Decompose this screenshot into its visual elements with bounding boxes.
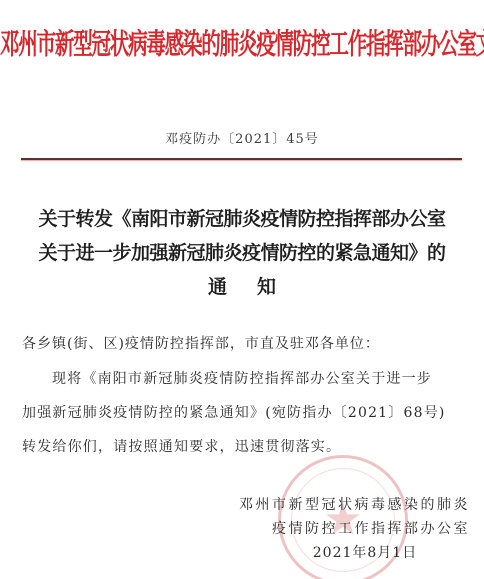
body-line-1: 现将《南阳市新冠肺炎疫情防控指挥部办公室关于进一步: [22, 362, 462, 396]
signature-org-line-1: 邓州市新型冠状病毒感染的肺炎: [230, 493, 470, 517]
title-line-1: 关于转发《南阳市新冠肺炎疫情防控指挥部办公室: [0, 202, 484, 236]
signature-org-line-2: 疫情防控工作指挥部办公室: [230, 517, 470, 541]
document-header-title: 邓州市新型冠状病毒感染的肺炎疫情防控工作指挥部办公室文件: [0, 16, 484, 74]
document-title: 关于转发《南阳市新冠肺炎疫情防控指挥部办公室 关于进一步加强新冠肺炎疫情防控的紧…: [0, 202, 484, 304]
title-line-3: 通知: [0, 270, 484, 304]
body-line-2: 加强新冠肺炎疫情防控的紧急通知》(宛防指办〔2021〕68号): [22, 396, 462, 430]
body-paragraph: 现将《南阳市新冠肺炎疫情防控指挥部办公室关于进一步 加强新冠肺炎疫情防控的紧急通…: [22, 362, 462, 464]
body-line-3: 转发给你们，请按照通知要求，迅速贯彻落实。: [22, 430, 462, 464]
title-line-2: 关于进一步加强新冠肺炎疫情防控的紧急通知》的: [0, 236, 484, 270]
signature-date: 2021年8月1日: [230, 541, 470, 565]
document-number: 邓疫防办〔2021〕45号: [0, 128, 484, 147]
signature-block: 邓州市新型冠状病毒感染的肺炎 疫情防控工作指挥部办公室 2021年8月1日: [230, 493, 470, 565]
salutation: 各乡镇(街、区)疫情防控指挥部，市直及驻邓各单位：: [22, 333, 380, 353]
header-divider: [21, 158, 462, 160]
